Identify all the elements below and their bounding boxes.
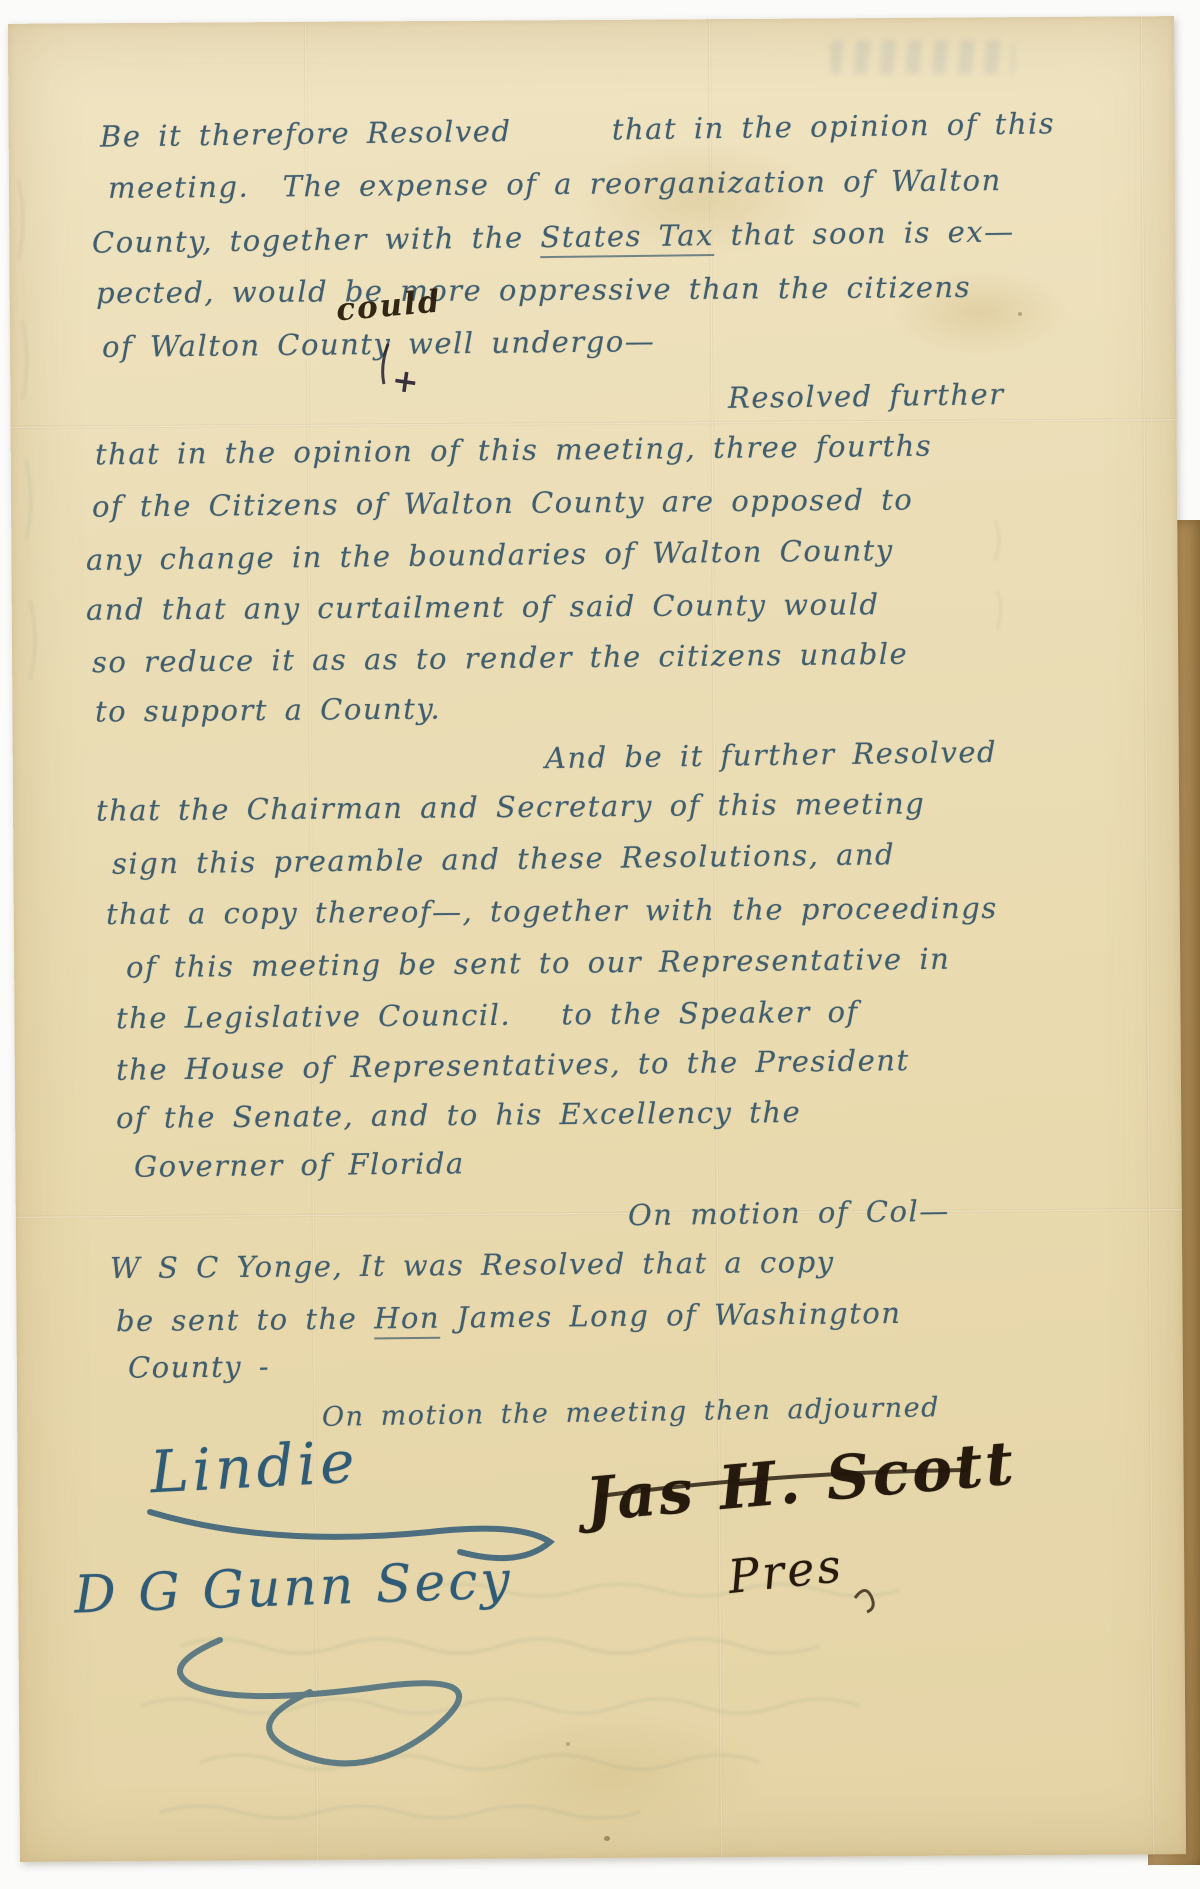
insertion-caret: + <box>389 360 421 401</box>
manuscript-line: Resolved further <box>728 380 1005 413</box>
manuscript-line: W S C Yonge, It was Resolved that a copy <box>110 1248 835 1283</box>
manuscript-line: of the Senate, and to his Excellency the <box>116 1098 801 1133</box>
manuscript-line: and that any curtailment of said County … <box>86 590 880 625</box>
paper-speck <box>1018 312 1022 316</box>
signature-president-title: Pres <box>726 1542 846 1600</box>
line-segment: James Long of Washington <box>440 1296 902 1335</box>
paper-speck <box>604 1836 610 1841</box>
underlined-phrase: Hon <box>374 1301 440 1340</box>
manuscript-line: of Walton County well undergo— <box>102 327 656 362</box>
manuscript-line: so reduce it as as to render the citizen… <box>92 640 909 678</box>
manuscript-line: the Legislative Council. to the Speaker … <box>116 998 859 1033</box>
manuscript-line: Governer of Florida <box>134 1149 465 1181</box>
manuscript-line: of the Citizens of Walton County are opp… <box>92 485 914 521</box>
manuscript-line: to support a County. <box>95 694 441 726</box>
manuscript-line: pected, would be more oppressive than th… <box>96 273 971 308</box>
manuscript-line: meeting. The expense of a reorganization… <box>108 166 1002 203</box>
signature-secretary: D G Gunn Secy <box>73 1554 513 1621</box>
faint-stamp-smudge <box>830 40 1015 74</box>
manuscript-line: be sent to the Hon James Long of Washing… <box>116 1299 902 1336</box>
fold-crease-horizontal <box>16 1208 1182 1219</box>
paper-stain <box>449 1709 770 1841</box>
signature-lindie: Lindie <box>149 1433 360 1502</box>
manuscript-line: County - <box>128 1352 270 1382</box>
underlined-phrase: States Tax <box>540 218 714 258</box>
line-segment: that soon is ex— <box>714 214 1015 252</box>
manuscript-line: that a copy thereof—, together with the … <box>106 894 998 929</box>
line-segment: be sent to the <box>116 1301 374 1338</box>
manuscript-line: that the Chairman and Secretary of this … <box>96 789 925 825</box>
fold-crease-horizontal <box>11 418 1177 429</box>
manuscript-line: And be it further Resolved <box>545 738 997 773</box>
manuscript-line: On motion of Col— <box>628 1197 950 1230</box>
manuscript-line: that in the opinion of this meeting, thr… <box>95 432 932 470</box>
manuscript-line: of this meeting be sent to our Represent… <box>126 945 951 983</box>
fold-crease-vertical <box>1140 16 1155 1854</box>
scanned-document: Be it therefore Resolved that in the opi… <box>0 0 1200 1889</box>
line-segment: County, together with the <box>92 220 541 259</box>
paper-speck <box>566 1742 570 1746</box>
